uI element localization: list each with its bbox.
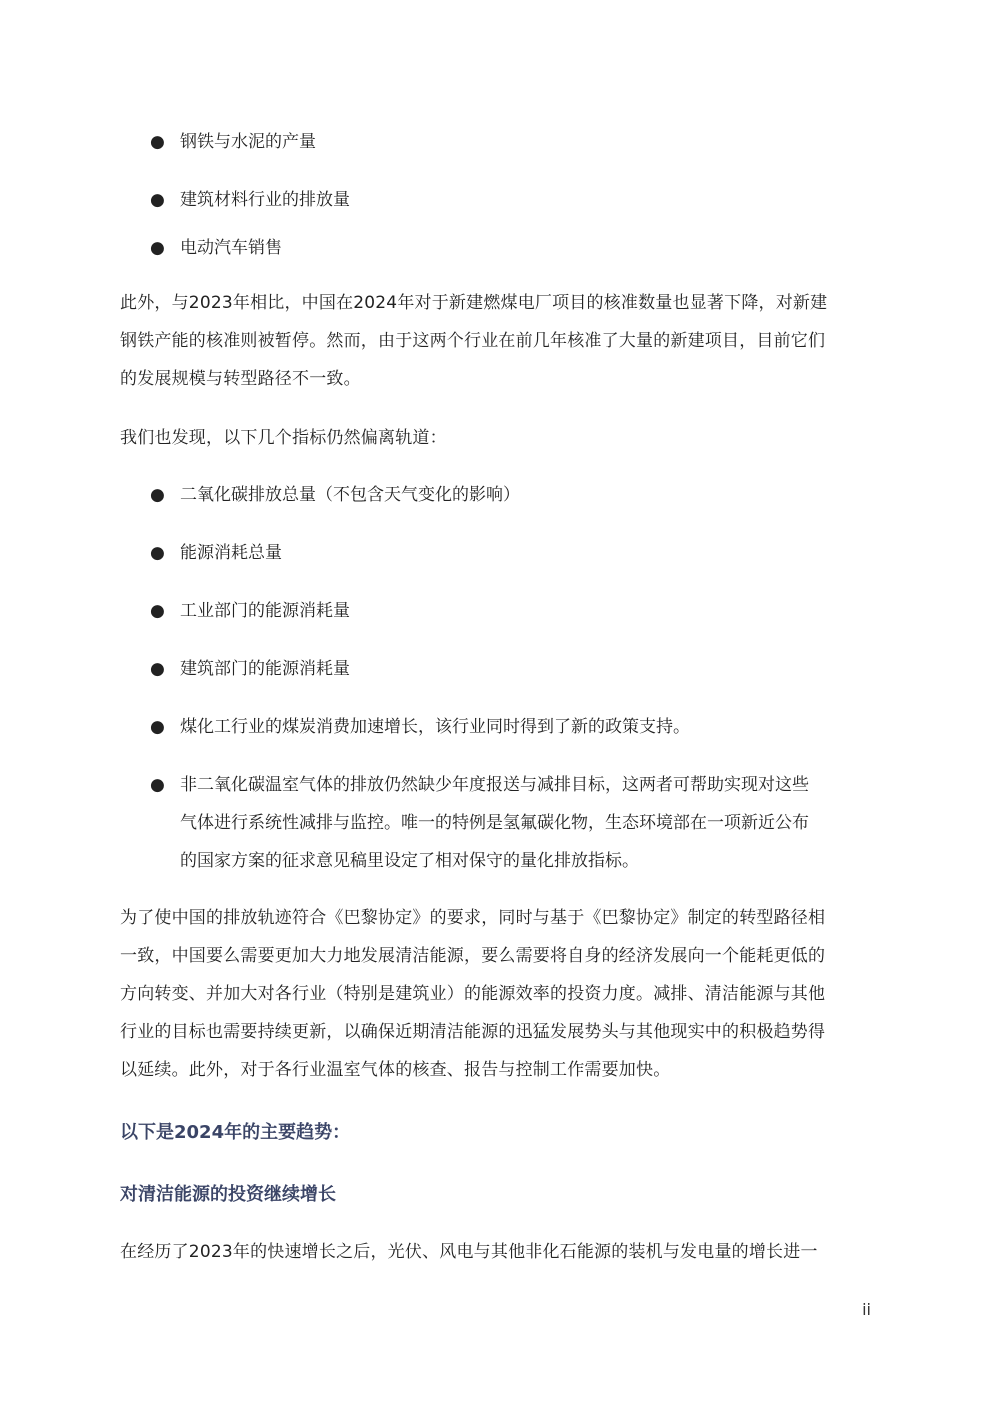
bullet-icon: ● <box>150 655 170 684</box>
bullet-icon: ● <box>150 597 170 626</box>
list-item-text: 非二氧化碳温室气体的排放仍然缺少年度报送与减排目标，这两者可帮助实现对这些 气体… <box>180 771 860 876</box>
paragraph-line: 为了使中国的排放轨迹符合《巴黎协定》的要求，同时与基于《巴黎协定》制定的转型路径… <box>120 904 872 933</box>
list-item-text: 工业部门的能源消耗量 <box>180 597 350 626</box>
subsection-heading: 对清洁能源的投资继续增长 <box>120 1180 336 1206</box>
paragraph-line: 我们也发现，以下几个指标仍然偏离轨道： <box>120 424 872 453</box>
list-item-text: 二氧化碳排放总量（不包含天气变化的影响） <box>180 481 520 510</box>
bullet-icon: ● <box>150 539 170 568</box>
list-item-line: 的国家方案的征求意见稿里设定了相对保守的量化排放指标。 <box>180 847 860 876</box>
paragraph-line: 的发展规模与转型路径不一致。 <box>120 365 872 394</box>
paragraph-clean-energy: 在经历了2023年的快速增长之后，光伏、风电与其他非化石能源的装机与发电量的增长… <box>120 1238 872 1267</box>
page-number: ii <box>862 1300 871 1319</box>
paragraph-line: 在经历了2023年的快速增长之后，光伏、风电与其他非化石能源的装机与发电量的增长… <box>120 1238 872 1267</box>
list-item-text: 能源消耗总量 <box>180 539 282 568</box>
list-item-line: 气体进行系统性减排与监控。唯一的特例是氢氟碳化物，生态环境部在一项新近公布 <box>180 809 860 838</box>
list-item-text: 建筑部门的能源消耗量 <box>180 655 350 684</box>
paragraph-line: 以延续。此外，对于各行业温室气体的核查、报告与控制工作需要加快。 <box>120 1056 872 1085</box>
list-item-line: 非二氧化碳温室气体的排放仍然缺少年度报送与减排目标，这两者可帮助实现对这些 <box>180 771 860 800</box>
paragraph-paris-alignment: 为了使中国的排放轨迹符合《巴黎协定》的要求，同时与基于《巴黎协定》制定的转型路径… <box>120 904 872 1085</box>
bullet-icon: ● <box>150 128 170 157</box>
bullet-icon: ● <box>150 771 170 800</box>
paragraph-line: 钢铁产能的核准则被暂停。然而，由于这两个行业在前几年核准了大量的新建项目，目前它… <box>120 327 872 356</box>
paragraph-approvals: 此外，与2023年相比，中国在2024年对于新建燃煤电厂项目的核准数量也显著下降… <box>120 289 872 394</box>
bullet-icon: ● <box>150 186 170 215</box>
list-item-text: 煤化工行业的煤炭消费加速增长，该行业同时得到了新的政策支持。 <box>180 713 690 742</box>
bullet-icon: ● <box>150 234 170 263</box>
document-page: ● 钢铁与水泥的产量 ● 建筑材料行业的排放量 ● 电动汽车销售 此外，与202… <box>0 0 993 1403</box>
list-item-text: 钢铁与水泥的产量 <box>180 128 316 157</box>
bullet-icon: ● <box>150 713 170 742</box>
section-heading: 以下是2024年的主要趋势： <box>120 1118 350 1144</box>
list-item-text: 建筑材料行业的排放量 <box>180 186 350 215</box>
paragraph-offtrack-intro: 我们也发现，以下几个指标仍然偏离轨道： <box>120 424 872 453</box>
bullet-icon: ● <box>150 481 170 510</box>
paragraph-line: 方向转变、并加大对各行业（特别是建筑业）的能源效率的投资力度。减排、清洁能源与其… <box>120 980 872 1009</box>
paragraph-line: 一致，中国要么需要更加大力地发展清洁能源，要么需要将自身的经济发展向一个能耗更低… <box>120 942 872 971</box>
paragraph-line: 行业的目标也需要持续更新，以确保近期清洁能源的迅猛发展势头与其他现实中的积极趋势… <box>120 1018 872 1047</box>
paragraph-line: 此外，与2023年相比，中国在2024年对于新建燃煤电厂项目的核准数量也显著下降… <box>120 289 872 318</box>
list-item-text: 电动汽车销售 <box>180 234 282 263</box>
